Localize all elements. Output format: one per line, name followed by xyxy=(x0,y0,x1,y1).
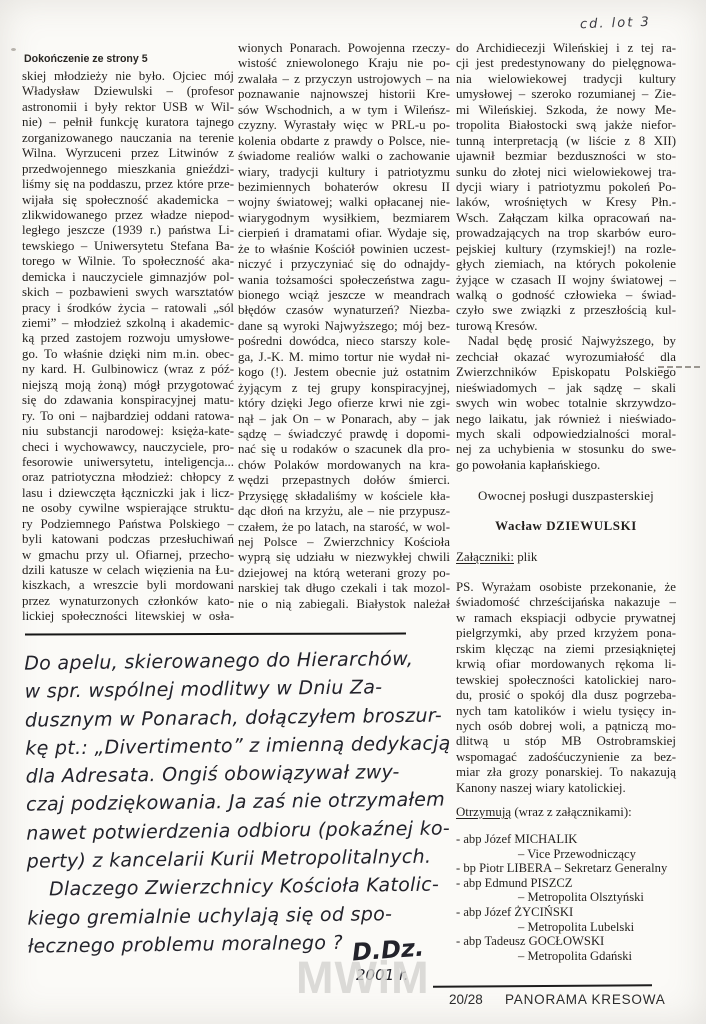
label-rest: (wraz z załącznikami): xyxy=(511,805,632,819)
text-line: dąc dłoń na krzyżu, ale – nie przypusz- xyxy=(238,504,450,519)
closing-line: Owocnej posługi duszpasterskiej xyxy=(456,489,676,504)
recipient-line: – Vice Przewodniczący xyxy=(456,847,698,862)
text-line: turową Kresów. xyxy=(456,319,676,334)
text-line: przez wynaturzonych członków kato- xyxy=(22,594,234,609)
recipient-line: - abp Edmund PISZCZ xyxy=(456,876,698,891)
text-line: byli katowani podczas przesłuchiwań xyxy=(22,532,234,547)
text-line: zechciał okazać wyrozumiałość dla xyxy=(456,350,676,365)
text-line: go. To właśnie dzięki nim m.in. obec- xyxy=(22,347,234,362)
text-line: ką przed zastojem rozwoju umysłowe- xyxy=(22,331,234,346)
text-line: się do zdawania konspiracyjnej matu- xyxy=(22,393,234,408)
text-line: nej Polsce – Zwierzchnicy Kościoła xyxy=(238,535,450,550)
text-line: cierpień i dramatami ofiar. Wydaje się, xyxy=(238,226,450,241)
postscript-line: du, prosić o spokój dla dusz pogrzeba- xyxy=(456,688,676,703)
text-line: mych skali odpowiedzialności moral- xyxy=(456,427,676,442)
text-line: pracy i środków życia – ratowali „sól xyxy=(22,301,234,316)
publication-title: PANORAMA KRESOWA xyxy=(505,992,666,1007)
text-line: bezimiennych bohaterów okresu II xyxy=(238,180,450,195)
closing-salutation: Owocnej posługi duszpasterskiej xyxy=(456,489,676,504)
text-line: fesorowie uniwersytetu, inteligencja... xyxy=(22,455,234,470)
text-line: ujawnił bezmiar bezduszności w sto- xyxy=(456,149,676,164)
text-line: sów Wschodnich, a w tym i Wileńsz- xyxy=(238,103,450,118)
text-line: checi i wychowawcy, nauczyciele, pro- xyxy=(22,440,234,455)
postscript-line: Kanony naszej wiary katolickiej. xyxy=(456,781,676,796)
text-line: Wsch. Załączam kilka opracowań na- xyxy=(456,211,676,226)
text-line: ziemi” – młodzież szkolną i akademic- xyxy=(22,316,234,331)
text-line: skiej młodzieży nie było. Ojciec mój xyxy=(22,69,234,84)
postscript-line: wspomagać zadośćuczynienie za bez- xyxy=(456,750,676,765)
text-line: swych win wobec totalnie skrzywdzo- xyxy=(456,396,676,411)
text-column-right-body: do Archidiecezji Wileńskiej i z tej ra-c… xyxy=(456,41,676,473)
text-line: nie) – pełnił funkcję kuratora tajnego xyxy=(22,115,234,130)
text-line: sunku do złotej nici wielowiekowej tra- xyxy=(456,165,676,180)
text-line: dzili katusze w celach więzienia na Łu- xyxy=(22,563,234,578)
text-line: kiszkach, a wreszcie byli mordowani xyxy=(22,578,234,593)
attachments-line: Załączniki: plik xyxy=(456,550,676,565)
text-line: tropolita Białostocki swą jakże niefor- xyxy=(456,118,676,133)
recipient-line: – Metropolita Olsztyński xyxy=(456,890,698,905)
text-line: ry. To oni – najbardziej oddani ratowa- xyxy=(22,409,234,424)
corner-handwritten-annotation: cd. lot 3 xyxy=(580,15,651,32)
text-line: prowadzających na trop skarbów euro- xyxy=(456,226,676,241)
text-line: mi Wileńskiej. Szkoda, że nowy Me- xyxy=(456,103,676,118)
text-line: wionych Ponarach. Powojenna rzeczy- xyxy=(238,41,450,56)
text-line: narskiej tak długo czekali i tak mozol- xyxy=(238,581,450,596)
text-line: pośredni dowódca, nieco starszy kole- xyxy=(238,334,450,349)
text-line: tunną interpretacją (w liście z 8 XII) xyxy=(456,134,676,149)
text-line: Zwierzchników Episkopatu Polskiego xyxy=(456,365,676,380)
text-line: żyjącym z tej grupy konspiracyjnej, xyxy=(238,381,450,396)
text-line: demicka i nauczyciele gimnazjów pol- xyxy=(22,270,234,285)
text-line: że to właśnie Kościół powinien uczest- xyxy=(238,242,450,257)
text-line: żyjące w czasach II wojny światowej – xyxy=(456,273,676,288)
text-line: wiary, tradycji kultury i patriotyzmu xyxy=(238,165,450,180)
postscript-line: pielgrzymki, aby przed krzyżem pona- xyxy=(456,626,676,641)
text-line: czyzny. Wyrastały więc w PRL-u po- xyxy=(238,118,450,133)
text-column-left: skiej młodzieży nie było. Ojciec mójWład… xyxy=(22,69,234,625)
text-line: pejskiej kultury (rzymskiej!) na rozle- xyxy=(456,242,676,257)
continuation-note: Dokończenie ze strony 5 xyxy=(24,53,148,65)
text-line: który dzięki Jego ofierze krwi nie zgi- xyxy=(238,396,450,411)
text-line: zorganizowanego nauczania na terenie xyxy=(22,131,234,146)
recipient-line: - abp Józef ŻYCIŃSKI xyxy=(456,905,698,920)
text-line: przedwojennego mieszkania gnieździ- xyxy=(22,162,234,177)
text-line: zlikwidowanego przez władze niepod- xyxy=(22,208,234,223)
text-line: niczyć i przyczyniać się do odnajdy- xyxy=(238,257,450,272)
text-line: niu substancji narodowej: księża-kate- xyxy=(22,424,234,439)
text-line: oraz patriotyczna młodzież: chłopcy z xyxy=(22,470,234,485)
text-line: zwalała – z przyczyn ustrojowych – na xyxy=(238,72,450,87)
postscript-line: nych tam katolików i wielu tysięcy in- xyxy=(456,704,676,719)
handwritten-line: Do apelu, skierowanego do Hierarchów, xyxy=(24,644,454,678)
text-line: chów Polaków mordowanych na kra- xyxy=(238,458,450,473)
recipient-line: - bp Piotr LIBERA – Sekretarz Generalny xyxy=(456,861,698,876)
text-line: laków, wrośniętych w Kresy Płn.- xyxy=(456,195,676,210)
recipient-line: - abp Józef MICHALIK xyxy=(456,832,698,847)
text-line: go powołania kapłańskiego. xyxy=(456,458,676,473)
text-line: tewskiego – Uniwersytetu Stefana Ba- xyxy=(22,239,234,254)
text-line: dziejowej na którą weterani grozy po- xyxy=(238,566,450,581)
text-line: ry Podziemnego Państwa Polskiego – xyxy=(22,517,234,532)
text-line: wijała się społeczność akademicka – xyxy=(22,193,234,208)
text-line: nie o nią zabiegali. Białystok należał xyxy=(238,597,450,612)
author-signature-printed: Wacław DZIEWULSKI xyxy=(456,519,676,534)
text-line: nia wielowiekowej tradycji kultury xyxy=(456,72,676,87)
text-line: skich – pozbawieni swych warsztatów xyxy=(22,285,234,300)
text-line: niejszą moją żoną) mógł przygotować xyxy=(22,378,234,393)
recipient-line: - abp Tadeusz GOCŁOWSKI xyxy=(456,934,698,949)
text-line: Przysięgę składaliśmy w kościele kła- xyxy=(238,489,450,504)
text-line: świadome realiów walki o zachowanie xyxy=(238,149,450,164)
handwritten-note: Do apelu, skierowanego do Hierarchów,w s… xyxy=(24,644,458,960)
postscript-line: PS. Wyrażam osobiste przekonanie, że xyxy=(456,580,676,595)
text-line: ległego jeszcze (1939 r.) państwa Li- xyxy=(22,223,234,238)
scan-margin-artifact xyxy=(658,366,700,368)
text-line: czałem, że po latach, na starość, w wol- xyxy=(238,520,450,535)
text-line: wiarygodnym wysiłkiem, bezmiarem xyxy=(238,211,450,226)
text-line: torego w Wilnie. To społeczność aka- xyxy=(22,254,234,269)
postscript-line: krwią ofiar mordowanych rękoma li- xyxy=(456,657,676,672)
text-line: walką o godność człowieka – świad- xyxy=(456,288,676,303)
postscript-line: świadomość chrześcijańska nakazuje – xyxy=(456,595,676,610)
handwritten-line: Dlaczego Zwierzchnicy Kościoła Katolic- xyxy=(27,871,457,905)
text-line: cji jest predestynowany do pielęgnowa- xyxy=(456,56,676,71)
text-line: błędów czasów wynaturzeń? Niezba- xyxy=(238,303,450,318)
text-line: dycji wiary i patriotyzmu pokoleń Po- xyxy=(456,180,676,195)
text-line: liśmy się na poddaszu, przez które prze- xyxy=(22,177,234,192)
attachments-note: Załączniki: plik xyxy=(456,550,676,565)
postscript-line: tewskiej społeczności katolickiej naro- xyxy=(456,673,676,688)
text-line: głych ziemiach, na których pokolenie xyxy=(456,257,676,272)
handwritten-section-divider xyxy=(25,633,406,636)
label-rest: plik xyxy=(514,550,537,564)
text-line: ga, J.-K. M. mimo tortur nie wydał ni- xyxy=(238,350,450,365)
text-line: nieświadomych – jak sądzę – skali xyxy=(456,381,676,396)
recipients-list: - abp Józef MICHALIK– Vice Przewodnicząc… xyxy=(456,832,698,963)
recipient-line: – Metropolita Gdański xyxy=(456,949,698,964)
text-line: w gmachu przy ul. Ofiarnej, przecho- xyxy=(22,548,234,563)
recipient-line: – Metropolita Lubelski xyxy=(456,920,698,935)
postscript-line: rskim klęcząc na ziemi przesiąkniętej xyxy=(456,642,676,657)
postscript-line: dlitwą u stóp MB Ostrobramskiej xyxy=(456,734,676,749)
text-line: Wilna. Wyrzuceni przez Litwinów z xyxy=(22,146,234,161)
recipients-header-line: Otrzymują (wraz z załącznikami): xyxy=(456,805,688,820)
text-line: wojny światowej; walki opłacanej nie- xyxy=(238,195,450,210)
text-column-middle: wionych Ponarach. Powojenna rzeczy-wisto… xyxy=(238,41,450,612)
author-name: Wacław DZIEWULSKI xyxy=(456,519,676,534)
page-number: 20/28 xyxy=(449,992,483,1007)
text-line: Władysław Dziewulski – (profesor xyxy=(22,84,234,99)
text-line: umysłowej – szeroko rozumianej – Zie- xyxy=(456,87,676,102)
text-line: nego laikatu, jak również i nieświado- xyxy=(456,412,676,427)
text-line: nął – jak On – w Ponarach, aby – jak xyxy=(238,412,450,427)
text-line: nej za uchybienia w stosunku do swe- xyxy=(456,442,676,457)
text-line: nać się u rodaków o szacunek dla pro- xyxy=(238,442,450,457)
text-line: Nadal będę prosić Najwyższego, by xyxy=(456,334,676,349)
text-line: kolenia obdarte z prawdy o Polsce, nie- xyxy=(238,134,450,149)
text-line: kogo (!). Jestem obecnie już ostatnim xyxy=(238,365,450,380)
text-line: sądzę – świadczyć prawdę i dopomi- xyxy=(238,427,450,442)
text-line: lasu i dziewczęta łączniczki jak i licz- xyxy=(22,486,234,501)
text-line: dane są wyroki Najwyższego; mój bez- xyxy=(238,319,450,334)
text-line: wania tożsamości społeczeństwa zagu- xyxy=(238,273,450,288)
text-line: ny kard. H. Gulbinowicz (wraz z póź- xyxy=(22,362,234,377)
postscript-line: w ramach ekspiacji odbycie prywatnej xyxy=(456,611,676,626)
text-line: czyło swe związki z przeszłością kul- xyxy=(456,303,676,318)
text-line: astronomii i były rektor USB w Wil- xyxy=(22,100,234,115)
text-line: bionego wciąż jeszcze w meandrach xyxy=(238,288,450,303)
archive-watermark: MWiM xyxy=(296,952,430,1004)
text-line: do Archidiecezji Wileńskiej i z tej ra- xyxy=(456,41,676,56)
recipients-header: Otrzymują (wraz z załącznikami): xyxy=(456,805,688,820)
text-line: lickiej społeczności litewskiej w osła- xyxy=(22,609,234,624)
footer-rule xyxy=(433,984,652,988)
postscript-line: miar zła grozy ponarskiej. To nakazują xyxy=(456,765,676,780)
text-line: wyprą się udziału w niezwykłej chwili xyxy=(238,550,450,565)
text-line: ne osoby cywilne wspierające struktu- xyxy=(22,501,234,516)
underlined-label: Otrzymują xyxy=(456,805,511,819)
scan-speck xyxy=(11,48,16,51)
underlined-label: Załączniki: xyxy=(456,550,514,564)
postscript-block: PS. Wyrażam osobiste przekonanie, żeświa… xyxy=(456,580,676,796)
text-line: wistość zniewolonego Kraju nie po- xyxy=(238,56,450,71)
text-line: poznawanie najnowszej historii Kre- xyxy=(238,87,450,102)
scanned-letter-page: cd. lot 3 Dokończenie ze strony 5 skiej … xyxy=(0,0,706,1024)
text-line: wędzi przepastnych dołów śmierci. xyxy=(238,473,450,488)
postscript-line: nych osób dobrej woli, a pątniczą mo- xyxy=(456,719,676,734)
